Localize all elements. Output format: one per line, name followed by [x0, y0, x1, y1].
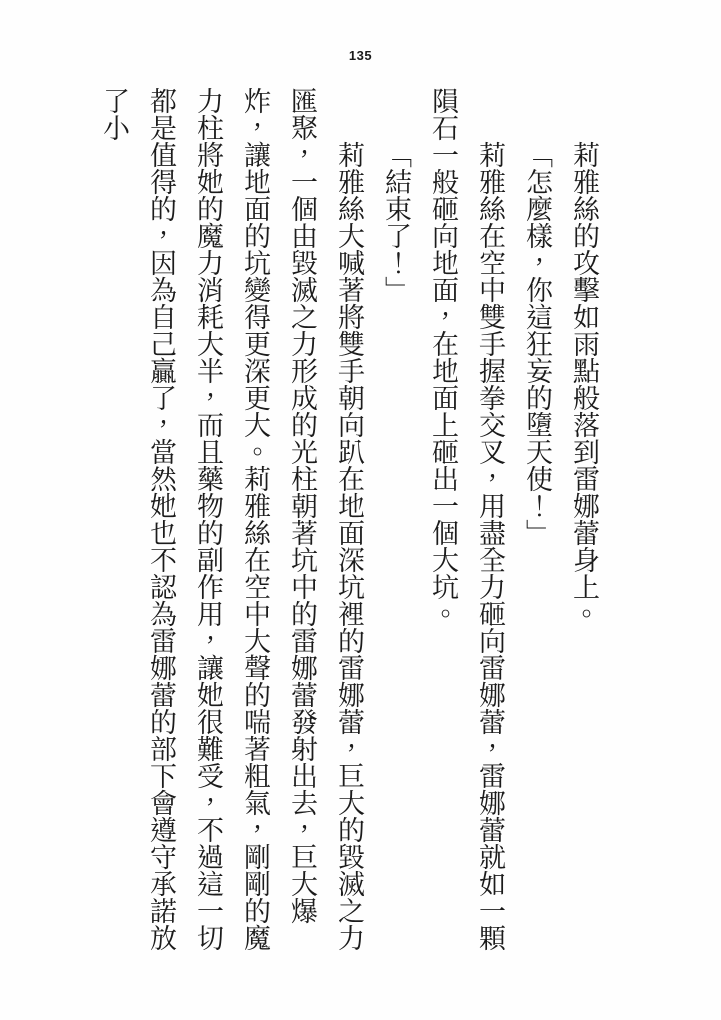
paragraph: 莉雅絲在空中雙手握拳交叉，用盡全力砸向雷娜蕾，雷娜蕾就如一顆隕石一般砸向地面，在… — [419, 87, 513, 957]
paragraph: 莉雅絲的攻擊如雨點般落到雷娜蕾身上。 — [560, 87, 607, 957]
book-page: 135 莉雅絲的攻擊如雨點般落到雷娜蕾身上。 「怎麼樣，你這狂妄的墮天使！」 莉… — [0, 0, 721, 1020]
paragraph-dialogue: 「怎麼樣，你這狂妄的墮天使！」 — [513, 87, 560, 957]
paragraph-dialogue: 「結束了！」 — [372, 87, 419, 957]
paragraph: 莉雅絲大喊著將雙手朝向趴在地面深坑裡的雷娜蕾，巨大的毀滅之力匯聚，一個由毀滅之力… — [90, 87, 372, 957]
novel-text-block: 莉雅絲的攻擊如雨點般落到雷娜蕾身上。 「怎麼樣，你這狂妄的墮天使！」 莉雅絲在空… — [90, 87, 607, 957]
page-number: 135 — [0, 48, 721, 63]
